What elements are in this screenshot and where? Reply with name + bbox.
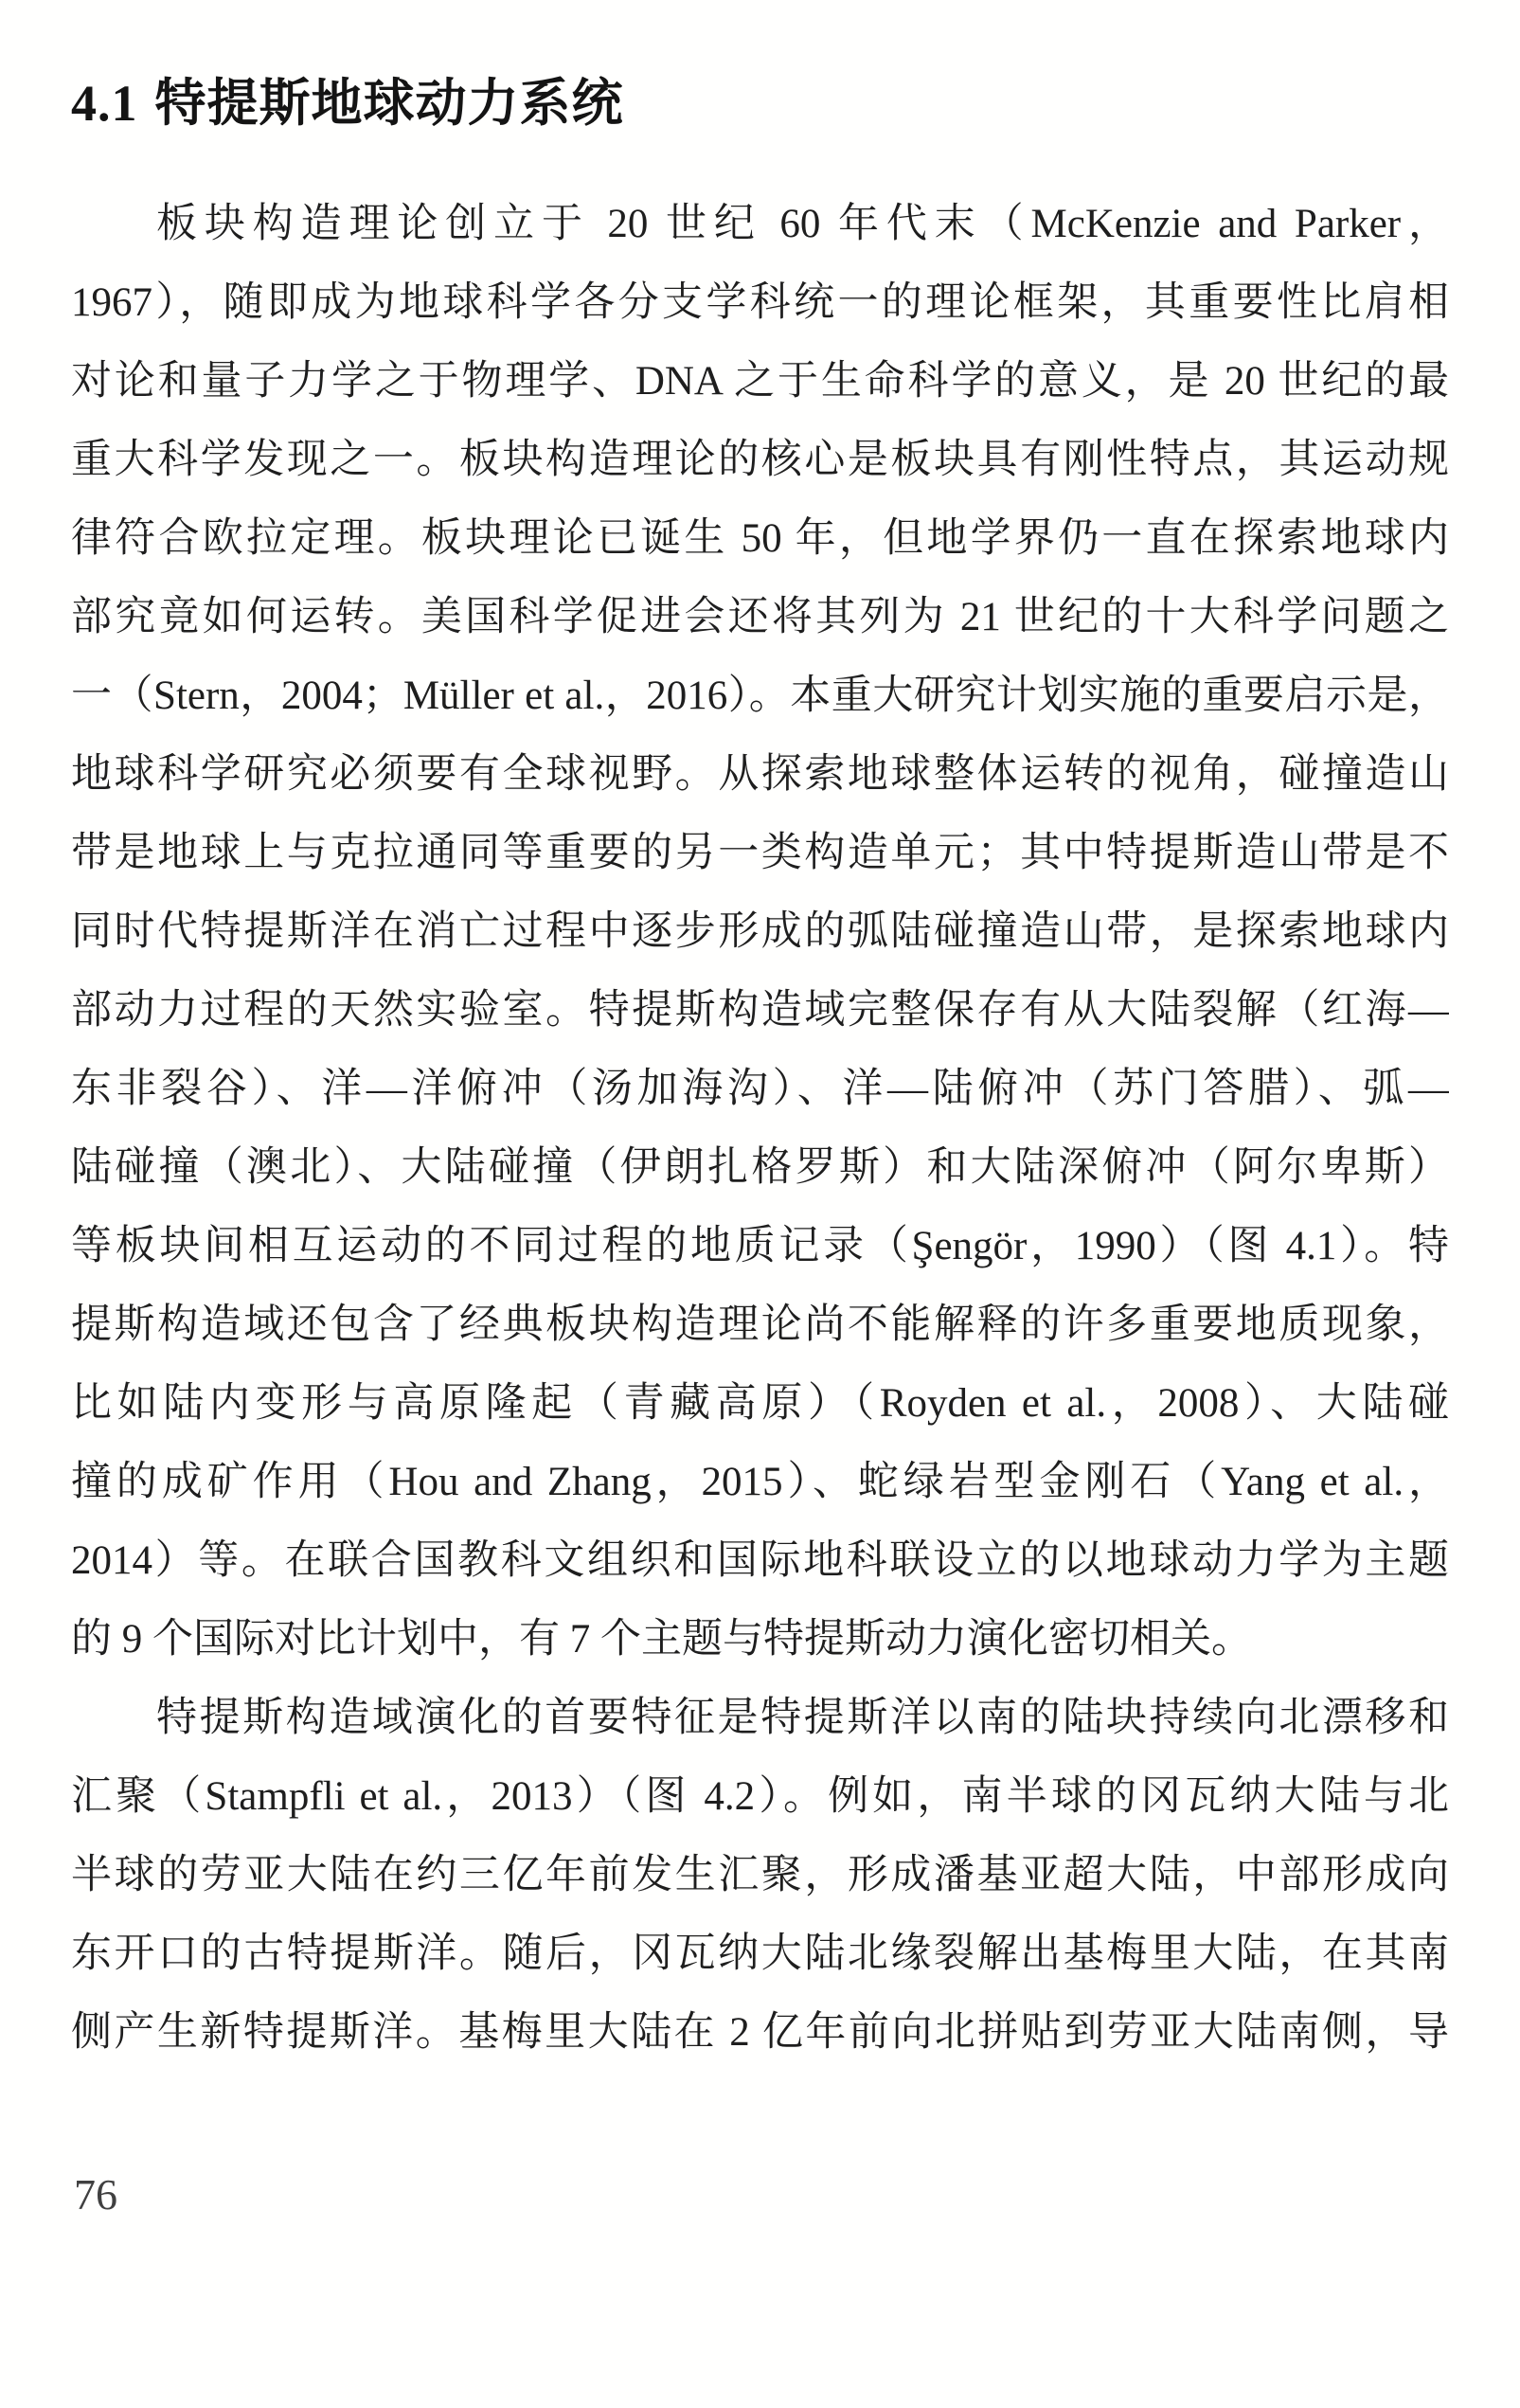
paragraph-line: 提斯构造域还包含了经典板块构造理论尚不能解释的许多重要地质现象， [71,1285,1449,1364]
paragraph-line: 等板块间相互运动的不同过程的地质记录（Şengör，1990）（图 4.1）。特 [71,1207,1449,1285]
paragraph-line: 部动力过程的天然实验室。特提斯构造域完整保存有从大陆裂解（红海— [71,971,1449,1050]
paragraph-line: 对论和量子力学之于物理学、DNA 之于生命科学的意义，是 20 世纪的最 [71,342,1449,421]
paragraph-line: 半球的劳亚大陆在约三亿年前发生汇聚，形成潘基亚超大陆，中部形成向 [71,1836,1449,1914]
paragraph-line: 律符合欧拉定理。板块理论已诞生 50 年，但地学界仍一直在探索地球内 [71,499,1449,578]
paragraph-line: 特提斯构造域演化的首要特征是特提斯洋以南的陆块持续向北漂移和 [71,1679,1449,1757]
paragraph-line: 东非裂谷）、洋—洋俯冲（汤加海沟）、洋—陆俯冲（苏门答腊）、弧— [71,1050,1449,1128]
paragraph-line: 汇聚（Stampfli et al.，2013）（图 4.2）。例如，南半球的冈… [71,1757,1449,1836]
paragraph-line: 板块构造理论创立于 20 世纪 60 年代末（McKenzie and Park… [71,185,1449,263]
paragraph-line: 同时代特提斯洋在消亡过程中逐步形成的弧陆碰撞造山带，是探索地球内 [71,892,1449,971]
section-heading: 4.1特提斯地球动力系统 [71,63,624,135]
paragraph-line: 一（Stern，2004；Müller et al.，2016）。本重大研究计划… [71,656,1449,735]
paragraph-line: 的 9 个国际对比计划中，有 7 个主题与特提斯动力演化密切相关。 [71,1600,1449,1679]
paragraph-line: 1967），随即成为地球科学各分支学科统一的理论框架，其重要性比肩相 [71,263,1449,342]
paragraph-line: 2014）等。在联合国教科文组织和国际地科联设立的以地球动力学为主题 [71,1521,1449,1600]
section-title: 特提斯地球动力系统 [155,75,624,132]
paragraph-line: 重大科学发现之一。板块构造理论的核心是板块具有刚性特点，其运动规 [71,421,1449,499]
paragraph-line: 比如陆内变形与高原隆起（青藏高原）（Royden et al.，2008）、大陆… [71,1364,1449,1443]
section-number: 4.1 [71,75,138,132]
paragraph-line: 带是地球上与克拉通同等重要的另一类构造单元；其中特提斯造山带是不 [71,814,1449,892]
paragraph-line: 东开口的古特提斯洋。随后，冈瓦纳大陆北缘裂解出基梅里大陆，在其南 [71,1914,1449,1993]
paragraph-line: 部究竟如何运转。美国科学促进会还将其列为 21 世纪的十大科学问题之 [71,578,1449,656]
body-text: 板块构造理论创立于 20 世纪 60 年代末（McKenzie and Park… [71,185,1449,2072]
paragraph-line: 陆碰撞（澳北）、大陆碰撞（伊朗扎格罗斯）和大陆深俯冲（阿尔卑斯） [71,1128,1449,1207]
paragraph-line: 撞的成矿作用（Hou and Zhang，2015）、蛇绿岩型金刚石（Yang … [71,1443,1449,1521]
page-number: 76 [74,2169,117,2219]
document-page: 4.1特提斯地球动力系统 板块构造理论创立于 20 世纪 60 年代末（McKe… [0,0,1520,2408]
paragraph-line: 地球科学研究必须要有全球视野。从探索地球整体运转的视角，碰撞造山 [71,735,1449,814]
paragraph-line: 侧产生新特提斯洋。基梅里大陆在 2 亿年前向北拼贴到劳亚大陆南侧，导 [71,1993,1449,2072]
